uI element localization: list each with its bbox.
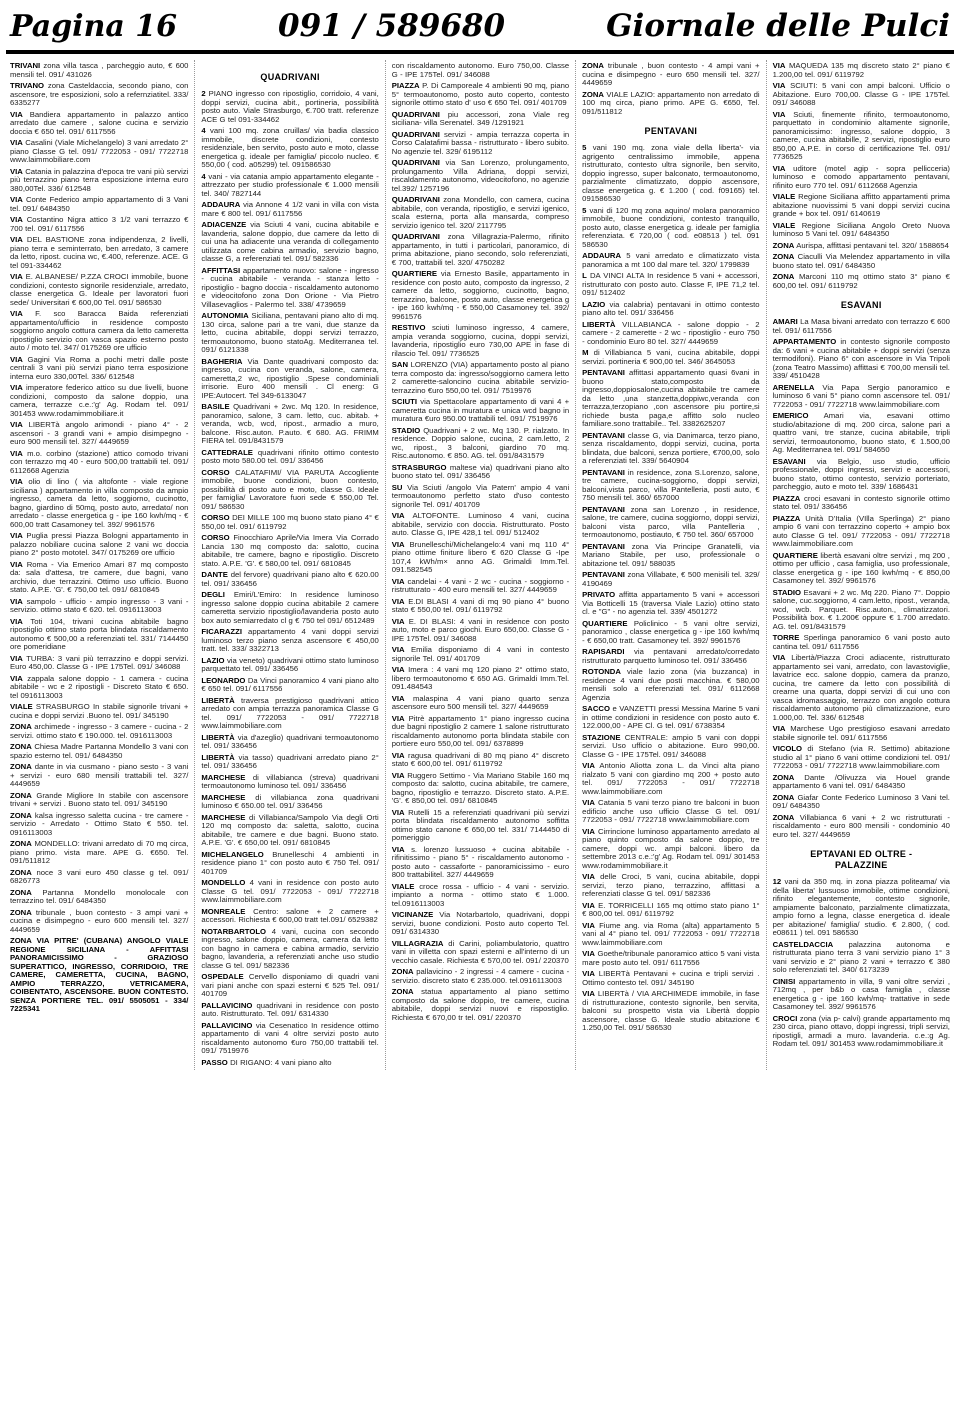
ad-item: VIA sampolo - ufficio - ampio ingresso -… [10, 598, 188, 615]
ad-body-text: Villabianca 6 vani + 2 wc ristrutturati … [773, 813, 950, 839]
ad-body-text: vani 190 mq. zona viale della liberta'- … [582, 143, 759, 203]
ad-item: BASILE Quadrivani + 2wc. Mq 120. In resi… [201, 403, 378, 446]
ad-body-text: di Villabianca 5 vani, cucina abitabile,… [582, 348, 759, 366]
ad-item: VIA delle Croci, 5 vani, cucina abitabil… [582, 873, 759, 899]
ad-item: PASSO DI RIGANO: 4 vani piano alto [201, 1059, 378, 1068]
ad-body-text: Via Sciuti /angolo Via Patern' ampio 4 v… [392, 483, 569, 509]
ad-item: MARCHESE di villabianca (streva) quadriv… [201, 774, 378, 791]
ad-item: 5 vani 190 mq. zona viale della liberta'… [582, 144, 759, 204]
ad-item: VIA Imera : 4 vani mq 120 piano 2° ottim… [392, 666, 569, 692]
newspaper-page: Pagina 16 091 / 589680 Giornale delle Pu… [0, 0, 960, 1415]
ad-item: VIA Emilia disponiamo di 4 vani in conte… [392, 646, 569, 663]
ad-body-text: Rutelli 15 a referenziati quadrivani più… [392, 808, 569, 843]
ad-body-text: sampolo - ufficio - ampio ingresso - 3 v… [10, 597, 188, 615]
ad-item: QUADRIVANI zona Mondello, con camera, cu… [392, 196, 569, 230]
ad-body-text: vani 100 mq. zona cruillas/ via badia cl… [201, 126, 378, 169]
ad-body-text: SCIUTI: 5 vani con ampi balconi. Ufficio… [773, 81, 950, 107]
ad-body-text: olio di lino ( via altofonte - viale reg… [10, 477, 188, 529]
ad-item: VIA Ruggero Settimo - Via Mariano Stabil… [392, 772, 569, 806]
ad-lead-word: ZONA [773, 241, 795, 250]
ad-item: BAGHERIA Via Dante quadrivani composto d… [201, 358, 378, 401]
ad-item: FICARAZZI appartamento 4 vani doppi serv… [201, 628, 378, 654]
ad-body-text: E. TORRICELLI 165 mq ottimo stato piano … [582, 901, 759, 919]
ad-item: VIA Catania in palazzina d'epoca tre van… [10, 168, 188, 194]
ad-body-text: LIBERTà / VIA ARCHIMEDE immobile, in fas… [582, 989, 759, 1032]
ad-item: MARCHESE di villabianca zona quadrivani … [201, 794, 378, 811]
ad-body-text: Conte Federico ampio appartamento di 3 V… [10, 195, 188, 213]
ad-item: ZONA dante in via cusmano - piano sesto … [10, 763, 188, 789]
ad-body-text: Marconi 110 mq ottimo stato 3° piano € 6… [773, 272, 950, 290]
ad-body-text: zappala salone doppio - 1 camera - cucin… [10, 674, 188, 700]
ad-body-text: zona (via p- calvi) grande appartamento … [773, 1014, 950, 1049]
ad-body-text: vani - via catania ampio appartamento el… [201, 172, 378, 198]
section-header: QUADRIVANI [201, 72, 378, 83]
ad-item: VIA Toti 104, trivani cucina abitabile b… [10, 618, 188, 652]
ad-body-text: VIALE LAZIO: appartamento non arredato d… [582, 90, 759, 116]
news-column: con riscaldamento autonomo. Euro 750,00.… [385, 60, 575, 1070]
ad-item: CROCI zona (via p- calvi) grande apparta… [773, 1015, 950, 1049]
news-column: TRIVANI zona villa tasca , parcheggio au… [4, 60, 194, 1070]
ad-body-text: Catania in palazzina d'epoca tre vani pi… [10, 167, 188, 193]
ad-item: ZONA tribunale , buon contesto - 4 ampi … [582, 62, 759, 88]
ad-item: VIA Costantino Nigra attico 3 1/2 vani t… [10, 216, 188, 233]
ad-item: VIA Casalini (Viale Michelangelo) 3 vani… [10, 139, 188, 165]
ad-body-text: Marchese Ugo prestigioso esavani arredat… [773, 724, 950, 742]
ad-item: CATTEDRALE quadrivani rifinito ottimo co… [201, 449, 378, 466]
ad-body-text: Ruggero Settimo - Via Mariano Stabile 16… [392, 771, 569, 806]
ad-item: OSPEDALE Cervello disponiamo di quadri v… [201, 973, 378, 999]
ad-item: VIA E. ALBANESE/ P.ZZA CROCI immobile, b… [10, 273, 188, 307]
ad-item: VIA Antonio Aliotta zona L. da Vinci alt… [582, 762, 759, 796]
ad-body-text: noce 3 vani euro 450 classe g tel. 091/ … [10, 868, 188, 886]
ad-body-text: Toti 104, trivani cucina abitabile bagno… [10, 617, 188, 652]
ad-item: VIA Goethe/tribunale panoramico attico 5… [582, 950, 759, 967]
ad-item: ZONA archimede - ingresso - 3 camere - c… [10, 723, 188, 740]
ad-item: ZONA Ciaculli Via Melendez appartamento … [773, 253, 950, 270]
ad-body-text: del fervore) quadrivani piano alto € 620… [201, 570, 378, 588]
ad-body-text: MAQUEDA 135 mq discreto stato 2° piano €… [773, 61, 950, 79]
page-number-label: Pagina 16 [10, 9, 177, 44]
ad-body-text: Casalini (Viale Michelangelo) 3 vani arr… [10, 138, 188, 164]
ad-body-text: Imera : 4 vani mq 120 piano 2° ottimo st… [392, 665, 569, 691]
ad-item: CASTELDACCIA palazzina autonoma e ristru… [773, 941, 950, 975]
section-header-line: QUADRIVANI [201, 72, 378, 83]
ad-item: LAZIO via veneto) quadrivani ottimo stat… [201, 657, 378, 674]
ad-item: QUADRIVANI via San Lorenzo, prolungament… [392, 159, 569, 193]
ad-body-text: E. ALBANESE/ P.ZZA CROCI immobile, buone… [10, 272, 188, 307]
ad-item: RESTIVO sciuti luminoso ingresso, 4 came… [392, 324, 569, 358]
ad-body-text: pallavicino - 2 ingressi - 4 camere - cu… [392, 967, 569, 985]
ad-item: VIA E.DI BLASI 4 vani di mq 90 piano 4° … [392, 598, 569, 615]
ad-item: AMARI La Masa bivani arredato con terraz… [773, 318, 950, 335]
ad-item: APPARTAMENTO in contesto signorile compo… [773, 338, 950, 381]
ad-item: VIA Catania 5 vani terzo piano tre balco… [582, 799, 759, 825]
ad-item: LIBERTÀ traversa prestigioso quadrivani … [201, 697, 378, 731]
ad-body-text: Regione Siciliana affitto appartamenti p… [773, 192, 950, 218]
ad-item: PENTAVANI zona Villabate, € 500 menisili… [582, 571, 759, 588]
header-phone: 091 / 589680 [278, 8, 505, 44]
ad-item: VIA F. sco Baracca Baida referenziati ap… [10, 310, 188, 353]
ad-item: NOTARBARTOLO 4 vani, cucina con secondo … [201, 928, 378, 971]
ad-item: LEONARDO Da Vinci panoramico 4 vani pian… [201, 677, 378, 694]
ad-item: MICHELANGELO Brunelleschi 4 ambienti in … [201, 851, 378, 877]
ad-item: ZONA Partanna Mondello monolocale con te… [10, 889, 188, 906]
ad-body-text: dante in via cusmano - piano sesto - 3 v… [10, 762, 188, 788]
ad-body-text: LIBERTà angolo arimondi - piano 4° - 2 a… [10, 420, 188, 446]
ad-item: ADDAURA via Annone 4 1/2 vani in villa c… [201, 201, 378, 218]
ad-body-text: LIBERTà Pentavani + cucina e tripli serv… [582, 969, 759, 987]
ad-item: AUTONOMIA Siciliana, pentavani piano alt… [201, 312, 378, 355]
ad-body-text: LORENZO (VIA) appartamento posto al pian… [392, 360, 569, 395]
ad-item: VIA E. TORRICELLI 165 mq ottimo stato pi… [582, 902, 759, 919]
ad-body-text: Aurispa, affittasi pentavani tel. 320/ 1… [796, 241, 949, 250]
ad-item: VIA LIBERTà angolo arimondi - piano 4° -… [10, 421, 188, 447]
section-header-line: EPTAVANI ED OLTRE - [773, 849, 950, 860]
ad-item: PRIVATO affitta appartamento 5 vani + ac… [582, 591, 759, 617]
ad-body-text: Emiri/L'Emiro: In residence luminoso ing… [201, 590, 378, 625]
ad-item: LIBERTÀ via d'azeglio) quadrivani termoa… [201, 734, 378, 751]
ad-body-text: E. DI BLASI: 4 vani in residence con pos… [392, 617, 569, 643]
ad-body-text: Fiume ang. via Roma (alta) appartamento … [582, 921, 759, 947]
ad-item: VILLAGRAZIA di Carini, poliambulatorio, … [392, 940, 569, 966]
masthead-title: Giornale delle Pulci [606, 8, 950, 44]
section-header-line: PALAZZINE [773, 860, 950, 871]
ad-item: VIA Cirrincione luminoso appartamento ar… [582, 828, 759, 871]
ad-item: ZONA Grande Migliore In stabile con asce… [10, 792, 188, 809]
news-column: ZONA tribunale , buon contesto - 4 ampi … [575, 60, 765, 1070]
ad-item: QUARTIERE via Ernesto Basile, appartamen… [392, 270, 569, 321]
ad-body-text: STRASBURGO In stabile signorile trivani … [10, 702, 188, 720]
ad-body-text: PIANO ingresso con ripostiglio, corridoi… [201, 89, 378, 124]
ad-body-text: Sciuti, finemente rifinito, termoautonom… [773, 110, 950, 162]
ad-body-text: Gagini Via Roma a pochi metri dalle post… [10, 355, 188, 381]
ad-item: TRIVANO zona Casteldaccia, secondo piano… [10, 82, 188, 108]
ad-body-text: uditore (motel agip - sopra pellicceria)… [773, 164, 950, 190]
ad-body-text: F. sco Baracca Baida referenziati appart… [10, 309, 188, 352]
ad-body-text: DA VINCI ALTA In residence 5 vani + acce… [582, 271, 759, 297]
ad-item: SU Via Sciuti /angolo Via Patern' ampio … [392, 484, 569, 510]
ad-body-text: vani di 120 mq zona aquino/ molara panor… [582, 206, 759, 249]
ad-body-text: via calabria) pentavani in ottimo contes… [582, 300, 759, 318]
ad-body-text: tribunale , buon contesto - 3 ampi vani … [10, 908, 188, 934]
ad-item: VIA Conte Federico ampio appartamento di… [10, 196, 188, 213]
ad-item: VIA ragusa quadrivani di 80 mq piano 4° … [392, 752, 569, 769]
ad-item: LAZIO via calabria) pentavani in ottimo … [582, 301, 759, 318]
ad-body-text: Bandiera appartamento in palazzo antico … [10, 110, 188, 136]
ad-item: ADIACENZE via Sciuti 4 vani, cucina abit… [201, 221, 378, 264]
ad-body-text: DI RIGANO: 4 vani piano alto [230, 1058, 331, 1067]
ad-body-text: croci esavani in contesto signorile otti… [773, 494, 950, 512]
ad-body-text: Emilia disponiamo di 4 vani in contesto … [392, 645, 569, 663]
news-column: QUADRIVANI2 PIANO ingresso con ripostigl… [194, 60, 384, 1070]
ad-item: VIALE croce rossa - ufficio - 4 vani - s… [392, 883, 569, 909]
ad-body-text: Sperlinga panoramico 6 vani posto auto c… [773, 633, 950, 651]
ad-body-text: appartamento in villa, 9 vani oltre serv… [773, 977, 950, 1012]
ad-item: VIA uditore (motel agip - sopra pellicce… [773, 165, 950, 191]
ad-item: VIA candelai - 4 vani - 2 wc - cucina - … [392, 578, 569, 595]
ad-body-text: archimede - ingresso - 3 camere - cucina… [10, 722, 188, 740]
ad-body-text: Goethe/tribunale panoramico attico 5 van… [582, 949, 759, 967]
ad-item: SACCO e VANZETTI pressi Messina Marine 5… [582, 705, 759, 731]
ad-body-text: via Ernesto Basile, appartamento in resi… [392, 269, 569, 321]
ad-body-text: Cirrincione luminoso appartamento arreda… [582, 827, 759, 870]
ad-item: LIBERTÀ VILLABIANCA - salone doppio - 2 … [582, 321, 759, 347]
ad-body-text: malaspina 4 vani piano quarto senza asce… [392, 694, 569, 712]
ad-item: ZONA MONDELLO: trivani arredato di 70 mq… [10, 840, 188, 866]
ad-item: VIA ALTOFONTE. Luminoso 4 vani, cucina a… [392, 512, 569, 538]
ad-item: VIA Fiume ang. via Roma (alta) appartame… [582, 922, 759, 948]
ad-item: SAN LORENZO (VIA) appartamento posto al … [392, 361, 569, 395]
ad-item: VIALE Regione Siciliana Angolo Oreto Nuo… [773, 222, 950, 239]
ad-item: VIA Pitrè appartamento 1° piano ingresso… [392, 715, 569, 749]
ad-item: PENTAVANI zona Via Principe Granatelli, … [582, 543, 759, 569]
ad-item: ZONA Aurispa, affittasi pentavani tel. 3… [773, 242, 950, 251]
ad-item: ZONA noce 3 vani euro 450 classe g tel. … [10, 869, 188, 886]
ad-body-text: tribunale , buon contesto - 4 ampi vani … [582, 61, 759, 87]
ad-item: QUARTIERE libertà esavani oltre servizi … [773, 552, 950, 586]
ad-item: 2 PIANO ingresso con ripostiglio, corrid… [201, 90, 378, 124]
ad-item: VIA Gagini Via Roma a pochi metri dalle … [10, 356, 188, 382]
ad-item: ZONA pallavicino - 2 ingressi - 4 camere… [392, 968, 569, 985]
ad-item: ZONA Chiesa Madre Partanna Mondello 3 va… [10, 743, 188, 760]
ad-item: AFFITTASI appartamento nuovo: salone - i… [201, 267, 378, 310]
ad-item: ZONA statua appartamento al piano settim… [392, 988, 569, 1022]
ad-item: PALLAVICINO via Cesenatico In residence … [201, 1022, 378, 1056]
ad-body-text: Costantino Nigra attico 3 1/2 vani terra… [10, 215, 188, 233]
header-rule [6, 50, 954, 54]
ad-body-text: VIALE REGIONE SICILIANA - AFFITTASI PANO… [10, 936, 188, 1013]
ad-item: LIBERTÀ via tasso) quadrivani arredato p… [201, 754, 378, 771]
ad-item: VIA Rutelli 15 a referenziati quadrivani… [392, 809, 569, 843]
ad-body-text: Pitrè appartamento 1° piano ingresso cuc… [392, 714, 569, 749]
ad-item: PENTAVANI affittasi appartamento quasi 6… [582, 369, 759, 429]
ad-body-text: Antonio Aliotta zona L. da Vinci alta pi… [582, 761, 759, 796]
ad-body-text: MONDELLO: trivani arredato di 70 mq circ… [10, 839, 188, 865]
ad-item: VIA m.o. corbino (stazione) attico comod… [10, 450, 188, 476]
ad-body-text: kalsa ingresso saletta cucina - tre came… [10, 811, 188, 837]
ad-item: 4 vani - via catania ampio appartamento … [201, 173, 378, 199]
ad-body-text: Roma - Via Emerico Amari 87 mq composto … [10, 560, 188, 595]
ad-body-text: affittasi appartamento quasi 6vani in bu… [582, 368, 759, 428]
ad-body-text: TURBA: 3 vani più terrazzino e doppi ser… [10, 654, 188, 672]
ad-item: TORRE Sperlinga panoramico 6 vani posto … [773, 634, 950, 651]
ad-item: PENTAVANI zona san Lorenzo , in residenc… [582, 506, 759, 540]
ad-item: ZONA kalsa ingresso saletta cucina - tre… [10, 812, 188, 838]
ad-item: VIA olio di lino ( via altofonte - viale… [10, 478, 188, 529]
ad-item: VIA Puglia pressi Piazza Bologni apparta… [10, 532, 188, 558]
ad-item: ZONA Dante /Olivuzza via Houel grande ap… [773, 774, 950, 791]
ad-body-text: imperatore federico attico su due livell… [10, 383, 188, 418]
ad-body-text: Partanna Mondello monolocale con terrazz… [10, 888, 188, 906]
ad-body-text: croce rossa - ufficio - 4 vani - servizi… [392, 882, 569, 908]
ad-item: SCIUTI via Spettacolare appartamento di … [392, 398, 569, 424]
ad-body-text: Chiesa Madre Partanna Mondello 3 vani co… [10, 742, 188, 760]
ad-body-text: Brunelleschi/Michelangelo:4 vani mq 110 … [392, 540, 569, 575]
ad-item: VIA DEL BASTIONE zona indipendenza, 2 li… [10, 236, 188, 270]
ad-body-text: via Spettacolare appartamento di vani 4 … [392, 397, 569, 423]
news-column: VIA MAQUEDA 135 mq discreto stato 2° pia… [766, 60, 956, 1070]
ad-item: VIA LIBERTà / VIA ARCHIMEDE immobile, in… [582, 990, 759, 1033]
ad-item: ZONA Giafar Conte Federico Luminoso 3 Va… [773, 794, 950, 811]
ad-item: L DA VINCI ALTA In residence 5 vani + ac… [582, 272, 759, 298]
ad-body-text: Puglia pressi Piazza Bologni appartament… [10, 531, 188, 557]
ad-item: ZONA tribunale , buon contesto - 3 ampi … [10, 909, 188, 935]
ad-item: EMERICO Amari via, esavani ottimo studio… [773, 412, 950, 455]
ad-body-text: Dante /Olivuzza via Houel grande apparta… [773, 773, 950, 791]
ad-item: VIALE STRASBURGO In stabile signorile tr… [10, 703, 188, 720]
ad-body-text: Regione Siciliana Angolo Oreto Nuova lum… [773, 221, 950, 239]
ad-item: ESAVANI via Belgio, uso studio, ufficio … [773, 458, 950, 492]
ad-body-text: Giafar Conte Federico Luminoso 3 Vani te… [773, 793, 950, 811]
ad-item: con riscaldamento autonomo. Euro 750,00.… [392, 62, 569, 79]
ad-item: VIA Brunelleschi/Michelangelo:4 vani mq … [392, 541, 569, 575]
ad-item: ZONA VIALE LAZIO: appartamento non arred… [582, 91, 759, 117]
ad-body-text: vani da 350 mq. in zona piazza politeama… [773, 877, 950, 937]
ad-body-text: Ciaculli Via Melendez appartamento in vi… [773, 252, 950, 270]
ad-body-text: DEL BASTIONE zona indipendenza, 2 livell… [10, 235, 188, 270]
section-header-line: PENTAVANI [582, 126, 759, 137]
ad-item: CINISI appartamento in villa, 9 vani olt… [773, 978, 950, 1012]
ad-item: STAZIONE CENTRALE: ampio 5 vani con dopp… [582, 734, 759, 760]
ad-item: VIA malaspina 4 vani piano quarto senza … [392, 695, 569, 712]
ad-item: PENTAVANI in residence, zona S.Lorenzo, … [582, 469, 759, 503]
ad-item: PALLAVICINO quadrivani in residence con … [201, 1002, 378, 1019]
ad-item: VICOLO di Stefano (via R. Settimo) abita… [773, 745, 950, 771]
ad-body-text: Catania 5 vani terzo piano tre balconi i… [582, 798, 759, 824]
ad-item: MONREALE Centro: salone + 2 camere + acc… [201, 908, 378, 925]
section-header: ESAVANI [773, 300, 950, 311]
ad-item: QUADRIVANI piu accessori, zona Viale reg… [392, 111, 569, 128]
ad-body-text: via veneto) quadrivani ottimo stato lumi… [201, 656, 378, 674]
ad-item: VIA MAQUEDA 135 mq discreto stato 2° pia… [773, 62, 950, 79]
section-header-line: ESAVANI [773, 300, 950, 311]
ad-item: STADIO Esavani + 2 wc. Mq 220. Piano 7°.… [773, 589, 950, 632]
ad-body-text: candelai - 4 vani - 2 wc - cucina - sogg… [392, 577, 569, 595]
ad-item: VIA LIBERTà Pentavani + cucina e tripli … [582, 970, 759, 987]
ad-item: VIA E. DI BLASI: 4 vani in residence con… [392, 618, 569, 644]
ad-item: TRIVANI zona villa tasca , parcheggio au… [10, 62, 188, 79]
ad-item: VIA Sciuti, finemente rifinito, termoaut… [773, 111, 950, 162]
ad-item: 5 vani di 120 mq zona aquino/ molara pan… [582, 207, 759, 250]
ad-item: VIA zappala salone doppio - 1 camera - c… [10, 675, 188, 701]
ad-item: CORSO CALATAFIMI/ VIA PARUTA Accogliente… [201, 469, 378, 512]
ad-item: VIA Roma - Via Emerico Amari 87 mq compo… [10, 561, 188, 595]
ad-body-text: s. lorenzo lussuoso + cucina abitabile -… [392, 845, 569, 880]
ad-item: 4 vani 100 mq. zona cruillas/ via badia … [201, 127, 378, 170]
section-header: EPTAVANI ED OLTRE -PALAZZINE [773, 849, 950, 871]
ad-body-text: E.DI BLASI 4 vani di mq 90 piano 4° buon… [392, 597, 569, 615]
ad-item: QUADRIVANI zona Villagrazia-Palermo, rif… [392, 233, 569, 267]
ad-item: CORSO DEI MILLE 100 mq buono stato piano… [201, 514, 378, 531]
ad-item: PIAZZA Unità D'Italia (VIlla Sperlinga) … [773, 515, 950, 549]
ad-item: MARCHESE di Villabianca/Sampolo Via degl… [201, 814, 378, 848]
ad-body-text: statua appartamento al piano settimo com… [392, 987, 569, 1022]
ad-item: DANTE del fervore) quadrivani piano alto… [201, 571, 378, 588]
ad-item: VIALE Regione Siciliana affitto appartam… [773, 193, 950, 219]
ad-item: VIA Marchese Ugo prestigioso esavani arr… [773, 725, 950, 742]
ad-body-text: Unità D'Italia (VIlla Sperlinga) 2° pian… [773, 514, 950, 549]
ad-body-text: Libertà/Piazza Croci adiacente, ristrutt… [773, 653, 950, 722]
ad-item: ROTONDA viale lazio zona (via buzzanca) … [582, 668, 759, 702]
ad-item: VIA TURBA: 3 vani più terrazzino e doppi… [10, 655, 188, 672]
ad-item: ZONA Villabianca 6 vani + 2 wc ristruttu… [773, 814, 950, 840]
ad-item: QUARTIERE Policlinico - 5 vani oltre ser… [582, 620, 759, 646]
page-header: Pagina 16 091 / 589680 Giornale delle Pu… [4, 0, 956, 50]
ad-item: STRASBURGO maltese via) quadrivani piano… [392, 464, 569, 481]
ad-item: 12 vani da 350 mq. in zona piazza polite… [773, 878, 950, 938]
ad-item: MONDELLO 4 vani in residence con posto a… [201, 879, 378, 905]
ad-item: CORSO Finocchiaro Aprile/Via Imera Via C… [201, 534, 378, 568]
ad-item: ADDAURA 5 vani arredato e climatizzato v… [582, 252, 759, 269]
ad-item: QUADRIVANI servizi - ampia terrazza cope… [392, 131, 569, 157]
ad-body-text: La Masa bivani arredato con terrazzo € 6… [773, 317, 950, 335]
columns: TRIVANI zona villa tasca , parcheggio au… [4, 57, 956, 1070]
ad-item: M di Villabianca 5 vani, cucina abitabil… [582, 349, 759, 366]
ad-item: PENTAVANI classe G, via Danimarca, terzo… [582, 432, 759, 466]
ad-body-text: ALTOFONTE. Luminoso 4 vani, cucina abita… [392, 511, 569, 537]
ad-item: VIA SCIUTI: 5 vani con ampi balconi. Uff… [773, 82, 950, 108]
ad-body-text: Grande Migliore In stabile con ascensore… [10, 791, 188, 809]
ad-item: STADIO Quadrivani + 2 wc. Mq 130. P. ria… [392, 427, 569, 461]
ad-body-text: m.o. corbino (stazione) attico comodo tr… [10, 449, 188, 475]
ad-item: PIAZZA P. Di Camporeale 4 ambienti 90 mq… [392, 82, 569, 108]
ad-body-text: ragusa quadrivani di 80 mq piano 4° disc… [392, 751, 569, 769]
section-header: PENTAVANI [582, 126, 759, 137]
ad-body-text: delle Croci, 5 vani, cucina abitabile, d… [582, 872, 759, 898]
ad-item: VIA imperatore federico attico su due li… [10, 384, 188, 418]
ad-item: PIAZZA croci esavani in contesto signori… [773, 495, 950, 512]
ad-item: DEGLI Emiri/L'Emiro: In residence lumino… [201, 591, 378, 625]
ad-item: ARENELLA Via Papa Sergio panoramico e lu… [773, 384, 950, 410]
ad-item: VIA s. lorenzo lussuoso + cucina abitabi… [392, 846, 569, 880]
ad-body-text: con riscaldamento autonomo. Euro 750,00.… [392, 61, 569, 79]
ad-item: VICINANZE Via Notarbartolo, quadrivani, … [392, 911, 569, 937]
ad-item: ZONA Marconi 110 mq ottimo stato 3° pian… [773, 273, 950, 290]
ad-item: VIA Bandiera appartamento in palazzo ant… [10, 111, 188, 137]
ad-item: ZONA VIA PITRE' (CUBANA) ANGOLO VIALE RE… [10, 937, 188, 1014]
ad-item: RAPISARDI via pentavani arredato/correda… [582, 648, 759, 665]
ad-item: VIA Libertà/Piazza Croci adiacente, rist… [773, 654, 950, 722]
ad-lead-word: PASSO [201, 1058, 227, 1067]
